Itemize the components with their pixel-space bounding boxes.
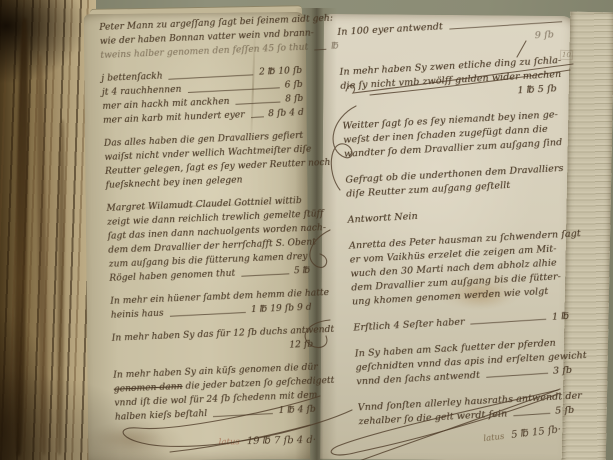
ink-leader-line	[169, 74, 254, 79]
sum-label-red-ink: latus	[219, 437, 240, 447]
sum-amount: 5 ℔ 15 ſb·	[511, 424, 562, 441]
paragraph-block: Vnnd ſonſten allerley hausraths antwendt…	[357, 388, 588, 428]
sum-amount: 19 ℔ 7 ſb 4 d·	[247, 435, 316, 447]
amount: 5 ℔	[294, 264, 314, 279]
handwritten-text: halben kieſs beſtahl	[115, 407, 208, 425]
amount: 1 ℔ 4 ſb	[278, 402, 319, 418]
ink-leader-line	[236, 102, 281, 105]
page-edge-streak	[57, 120, 66, 455]
left-page-entries: Peter Mann zu argeſſang ſagt bei ſeinem …	[99, 13, 319, 425]
spine-tattered-edges	[0, 0, 96, 460]
right-page-entries: In 100 eyer antwendt9 ſbIn mehr haben Sy…	[337, 13, 589, 429]
paragraph-block: In mehr ein hüener ſambt dem hemm die ha…	[110, 287, 315, 323]
paragraph-block: In mehr haben Sy das für 12 ſb duchs ant…	[111, 324, 316, 360]
amount: 3 ſb	[553, 363, 587, 378]
ink-leader-line	[486, 373, 548, 378]
ink-leader-line	[513, 413, 550, 416]
ink-leader-line	[241, 273, 289, 276]
paragraph-block: In mehr haben Sy ain küſs genomen die dü…	[113, 361, 319, 425]
manuscript-line: Erſtlich 4 Seſter haber1 ℔	[353, 308, 583, 334]
amount: 8 ſb	[285, 92, 307, 107]
amount: 6 ſb	[284, 78, 306, 93]
paragraph-block: j bettenſackh2 ℔ 10 ſbjt 4 rauchhennen6 …	[101, 64, 307, 128]
sum-label: latus	[483, 432, 505, 444]
amount: 5 ſb	[555, 402, 589, 417]
amount: 1 ℔	[552, 309, 584, 324]
amount: 1 ℔ 5 ſb	[517, 81, 571, 97]
page-edge-streak	[13, 18, 30, 456]
amount: 12 ſb	[289, 338, 316, 353]
left-page-handwriting: Peter Mann zu argeſſang ſagt bei ſeinem …	[99, 13, 320, 452]
ink-leader-line	[251, 116, 264, 118]
paragraph-block: Weitter ſagt ſo es ſey niemandt bey inen…	[342, 106, 574, 160]
right-page-handwriting: In 100 eyer antwendt9 ſbIn mehr haben Sy…	[337, 13, 590, 452]
paragraph-block: Erſtlich 4 Seſter haber1 ℔	[353, 308, 583, 334]
amount: 1 ℔ 19 ſb 9 d	[251, 301, 315, 318]
ink-leader-line	[213, 413, 273, 417]
struck-text: genomen dann	[114, 382, 183, 395]
ink-leader-line	[471, 319, 547, 325]
paragraph-block: Margret Wilamudt Claudel Gottniel wittib…	[106, 194, 313, 286]
amount: 9 ſb	[534, 27, 568, 42]
ink-leader-line	[188, 87, 280, 93]
handwritten-text: Erſtlich 4 Seſter haber	[353, 315, 465, 335]
paragraph-block: In mehr haben Sy zwen etliche ding zu ſc…	[339, 53, 571, 107]
ink-leader-line	[170, 312, 246, 317]
manuscript-line: Antwortt Nein	[347, 200, 577, 226]
paragraph-block: Peter Mann zu argeſſang ſagt bei ſeinem …	[99, 13, 305, 63]
paragraph-block: Anretta des Peter hausman zu ſchwendern …	[349, 226, 582, 308]
paragraph-block: In Sy haben am Sack fuetter der pferdeng…	[354, 334, 586, 388]
manuscript-photo: 10 Peter Mann zu argeſſang ſagt bei ſein…	[0, 0, 613, 460]
paragraph-block: Gefragt ob die underthonen dem Dravallie…	[345, 160, 576, 200]
paragraph-block: Das alles haben die gen Dravalliers gefi…	[104, 129, 310, 193]
handwritten-text: heinis haus	[111, 307, 164, 323]
amount: 8 ſb 4 d	[268, 106, 307, 122]
handwritten-text: Antwortt Nein	[347, 209, 418, 226]
page-edge-streak	[36, 55, 48, 455]
paragraph-block: Antwortt Nein	[347, 200, 577, 226]
